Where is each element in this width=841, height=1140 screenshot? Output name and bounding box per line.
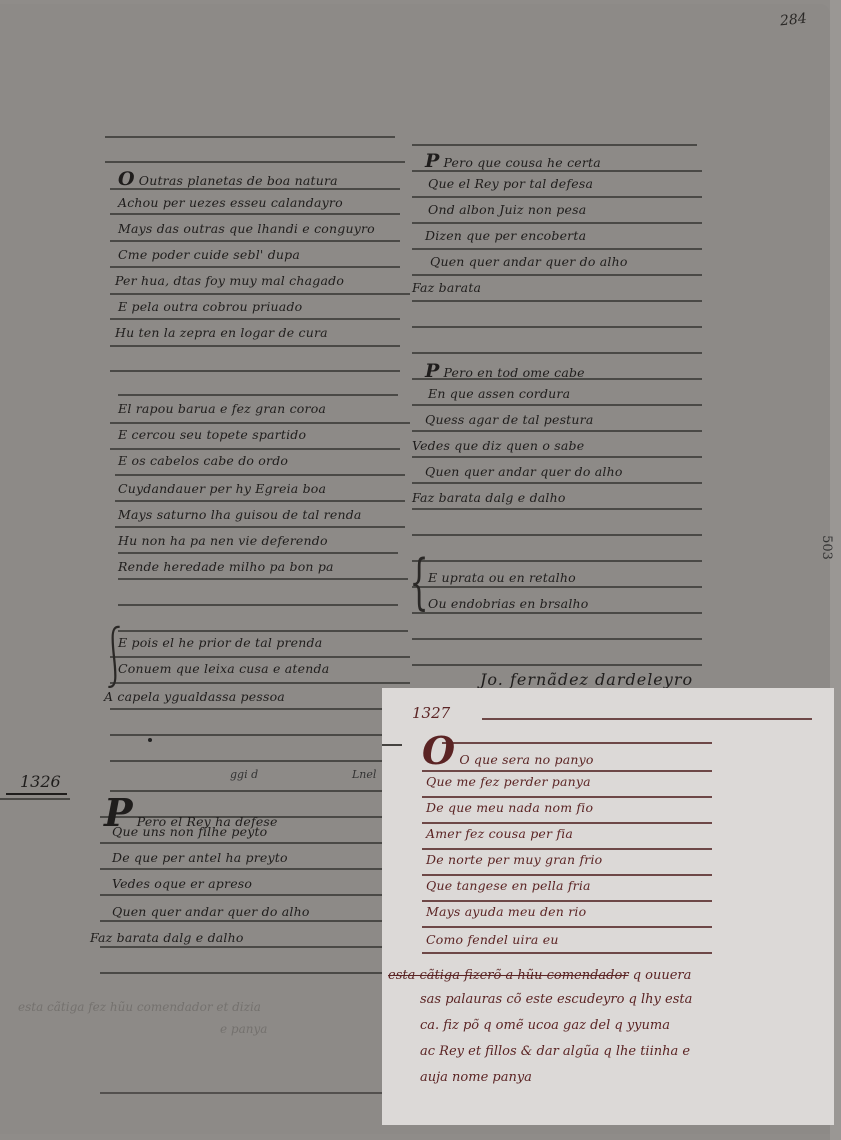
poem-number: 1326 bbox=[6, 772, 67, 795]
bleed-through-text: esta cãtiga fez hũu comendador et dizia bbox=[18, 1000, 261, 1014]
marginal-mark: Lnel bbox=[352, 768, 376, 781]
verse-line: Dizen que per encoberta bbox=[425, 228, 586, 243]
verse-line: Cme poder cuide sebl' dupa bbox=[118, 247, 300, 262]
refrain-line: Faz barata dalg e dalho bbox=[90, 930, 244, 945]
verse-line: Hu non ha pa nen vie deferendo bbox=[118, 533, 328, 548]
verse-line: Quen quer andar quer do alho bbox=[430, 254, 628, 269]
verse-line: OOutras planetas de boa natura bbox=[118, 168, 338, 190]
verse-line: Ond albon Juiz non pesa bbox=[428, 202, 586, 217]
verse-line: Vedes oque er apreso bbox=[112, 876, 252, 891]
verse-line: De que per antel ha preyto bbox=[112, 850, 288, 865]
verse-line: Ou endobrias en brsalho bbox=[428, 596, 589, 611]
poem-number: 1327 bbox=[412, 704, 450, 722]
marginal-mark: ggi d bbox=[230, 768, 258, 781]
refrain-line: Faz barata bbox=[412, 280, 481, 295]
verse-line: Que uns non filhe peyto bbox=[112, 824, 267, 839]
rubric-note-line: esta cãtiga fizerõ a hũu comendador q ou… bbox=[388, 968, 691, 983]
verse-line: Conuem que leixa cusa e atenda bbox=[118, 661, 329, 676]
rubric-note-line: ca. fiz põ q omẽ ucoa gaz del q yyuma bbox=[420, 1018, 670, 1033]
brace-mark: { bbox=[410, 552, 429, 612]
verse-line: E cercou seu topete spartido bbox=[118, 427, 306, 442]
verse-line: Mays das outras que lhandi e conguyro bbox=[118, 221, 375, 236]
verse-line: El rapou barua e fez gran coroa bbox=[118, 401, 326, 416]
verse-line: PPero que cousa he certa bbox=[425, 150, 601, 172]
folio-number: 284 bbox=[780, 11, 808, 30]
ink-dot bbox=[148, 738, 152, 742]
verse-line: De norte per muy gran frio bbox=[426, 852, 602, 867]
verse-line: E uprata ou en retalho bbox=[428, 570, 576, 585]
verse-line: Achou per uezes esseu calandayro bbox=[118, 195, 343, 210]
verse-line: Que me fez perder panya bbox=[426, 774, 591, 789]
verse-line: De que meu nada nom fio bbox=[426, 800, 593, 815]
inserted-panel-1327: 1327 OO que sera no panyo Que me fez per… bbox=[382, 688, 834, 1125]
rubric-note-line: sas palauras cõ este escudeyro q lhy est… bbox=[420, 992, 692, 1007]
verse-line: Que tangese en pella fria bbox=[426, 878, 591, 893]
rubric-note-line: ac Rey et fillos & dar algũa q lhe tiinh… bbox=[420, 1044, 690, 1059]
verse-line: E os cabelos cabe do ordo bbox=[118, 453, 288, 468]
verse-line: Quess agar de tal pestura bbox=[425, 412, 594, 427]
verse-line: Mays ayuda meu den rio bbox=[426, 904, 586, 919]
verse-line: Quen quer andar quer do alho bbox=[112, 904, 310, 919]
verse-line: Como fendel uira eu bbox=[426, 932, 559, 947]
verse-line: Que el Rey por tal defesa bbox=[428, 176, 593, 191]
author-attribution: Jo. fernãdez dardeleyro bbox=[480, 670, 693, 689]
verse-line: Quen quer andar quer do alho bbox=[425, 464, 623, 479]
rubric-note-line: auja nome panya bbox=[420, 1070, 532, 1085]
verse-line: E pela outra cobrou priuado bbox=[118, 299, 302, 314]
side-note-rotated: 503 bbox=[819, 535, 834, 560]
verse-line: En que assen cordura bbox=[428, 386, 570, 401]
verse-line: A capela ygualdassa pessoa bbox=[104, 689, 285, 704]
verse-line: Cuydandauer per hy Egreia boa bbox=[118, 481, 326, 496]
verse-line: Amer fez cousa per fia bbox=[426, 826, 573, 841]
verse-line: Vedes que diz quen o sabe bbox=[412, 438, 584, 453]
verse-line: Per hua, dtas foy muy mal chagado bbox=[115, 273, 344, 288]
verse-line: OO que sera no panyo bbox=[422, 728, 594, 773]
verse-line: PPero en tod ome cabe bbox=[425, 360, 585, 382]
verse-line: Mays saturno lha guisou de tal renda bbox=[118, 507, 362, 522]
verse-line: Rende heredade milho pa bon pa bbox=[118, 559, 334, 574]
refrain-line: Faz barata dalg e dalho bbox=[412, 490, 566, 505]
bleed-through-text: e panya bbox=[220, 1022, 267, 1036]
verse-line: Hu ten la zepra en logar de cura bbox=[115, 325, 328, 340]
verse-line: E pois el he prior de tal prenda bbox=[118, 635, 322, 650]
